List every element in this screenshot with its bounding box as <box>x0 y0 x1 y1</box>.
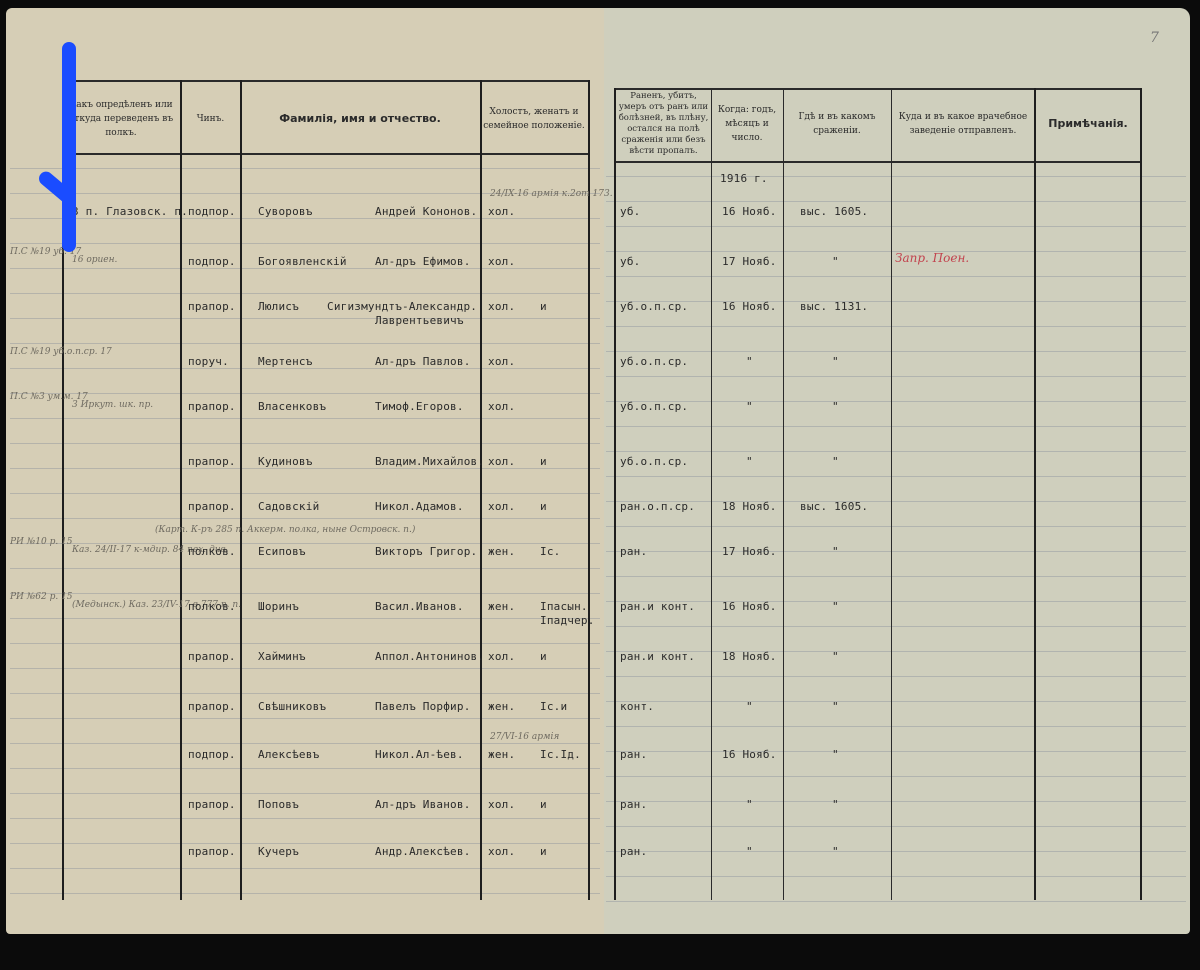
marital-status-cell: жен. <box>488 545 515 558</box>
ruled-line <box>10 843 600 844</box>
page-number: 7 <box>1150 30 1159 46</box>
date-cell: " <box>746 400 753 413</box>
header-top-border <box>62 80 590 82</box>
handwritten-note: 24/IX-16 армiя к.2от 173. <box>490 189 613 199</box>
battle-cell: " <box>832 400 839 413</box>
given-name-cell: Никол.Адамов. <box>375 500 464 513</box>
date-cell: 17 Нояб. <box>722 255 777 268</box>
fate-cell: ран. <box>620 798 647 811</box>
fate-cell: уб. <box>620 255 640 268</box>
margin-note: РИ №10 р. 15 <box>10 537 73 547</box>
ruled-line <box>10 593 600 594</box>
ruled-line <box>10 518 600 519</box>
ruled-line <box>10 493 600 494</box>
fate-cell: ран. <box>620 845 647 858</box>
surname-cell: Мертенсъ <box>258 355 313 368</box>
family-cell-2: Iпадчер. <box>540 614 595 627</box>
surname-cell: Кудиновъ <box>258 455 313 468</box>
ruled-line <box>606 826 1186 827</box>
ruled-line <box>606 326 1186 327</box>
origin-cell: 16 ориен. <box>72 255 117 265</box>
surname-cell: Кучеръ <box>258 845 299 858</box>
column-divider <box>588 80 590 900</box>
ruled-line <box>606 226 1186 227</box>
year-label: 1916 г. <box>720 172 768 185</box>
family-cell: Iс.и <box>540 700 567 713</box>
ruled-line <box>10 868 600 869</box>
handwritten-note: 27/VI-16 армiя <box>490 732 559 742</box>
given-name-cell: Васил.Иванов. <box>375 600 464 613</box>
ruled-line <box>10 793 600 794</box>
family-cell: и <box>540 650 547 663</box>
header-remarks: Примѣчанія. <box>1036 88 1140 160</box>
rank-cell: поруч. <box>188 355 229 368</box>
header-where: Гдѣ и въ какомъ сраженіи. <box>784 88 890 160</box>
ruled-line <box>10 168 600 169</box>
column-divider <box>240 80 242 900</box>
battle-cell: выс. 1605. <box>800 205 868 218</box>
rank-cell: полков. <box>188 600 236 613</box>
rank-cell: подпор. <box>188 205 236 218</box>
battle-cell: " <box>832 700 839 713</box>
fate-cell: ран. <box>620 545 647 558</box>
marital-status-cell: хол. <box>488 455 515 468</box>
date-cell: " <box>746 355 753 368</box>
ruled-line <box>10 618 600 619</box>
header-bottom-border <box>614 161 1142 163</box>
marital-status-cell: хол. <box>488 400 515 413</box>
ruled-line <box>10 243 600 244</box>
ruled-line <box>606 576 1186 577</box>
ruled-line <box>10 568 600 569</box>
ruled-line <box>606 851 1186 852</box>
ruled-line <box>10 268 600 269</box>
ruled-line <box>606 201 1186 202</box>
given-name-cell: Павелъ Порфир. <box>375 700 471 713</box>
ruled-line <box>606 551 1186 552</box>
rank-cell: полков. <box>188 545 236 558</box>
marital-status-cell: хол. <box>488 355 515 368</box>
battle-cell: выс. 1605. <box>800 500 868 513</box>
given-name-cell: Ал-дръ Иванов. <box>375 798 471 811</box>
battle-cell: " <box>832 650 839 663</box>
marital-status-cell: хол. <box>488 205 515 218</box>
ruled-line <box>606 801 1186 802</box>
battle-cell: " <box>832 600 839 613</box>
column-divider <box>783 88 784 900</box>
given-name-cell: Ал-дръ Ефимов. <box>375 255 471 268</box>
surname-cell: Алексѣевъ <box>258 748 319 761</box>
rank-cell: прапор. <box>188 845 236 858</box>
ruled-line <box>606 751 1186 752</box>
date-cell: 17 Нояб. <box>722 545 777 558</box>
date-cell: 16 Нояб. <box>722 600 777 613</box>
date-cell: 18 Нояб. <box>722 500 777 513</box>
date-cell: " <box>746 700 753 713</box>
fate-cell: уб.о.п.ср. <box>620 300 688 313</box>
date-cell: " <box>746 845 753 858</box>
rank-cell: прапор. <box>188 650 236 663</box>
marital-status-cell: хол. <box>488 255 515 268</box>
given-name-cell: Владим.Михайлов. <box>375 455 484 468</box>
header-fate: Раненъ, убитъ, умеръ отъ ранъ или болѣзн… <box>616 88 711 160</box>
family-cell: и <box>540 798 547 811</box>
ruled-line <box>10 693 600 694</box>
ruled-line <box>10 418 600 419</box>
surname-cell: Суворовъ <box>258 205 313 218</box>
header-rank: Чинъ. <box>181 84 240 154</box>
ruled-line <box>10 668 600 669</box>
ruled-line <box>606 351 1186 352</box>
ruled-line <box>606 726 1186 727</box>
battle-cell: " <box>832 355 839 368</box>
surname-cell: Садовскiй <box>258 500 319 513</box>
header-marital-status: Холостъ, женатъ и семейное положеніе. <box>481 84 587 154</box>
ruled-line <box>10 543 600 544</box>
ruled-line <box>606 451 1186 452</box>
surname-cell: Власенковъ <box>258 400 326 413</box>
battle-cell: " <box>832 545 839 558</box>
margin-note: П.С №19 уб.о.п.ср. 17 <box>10 347 112 357</box>
ruled-line <box>606 301 1186 302</box>
battle-cell: " <box>832 798 839 811</box>
fate-cell: уб. <box>620 205 640 218</box>
fate-cell: конт. <box>620 700 654 713</box>
given-name-cell: Андр.Алексѣев. <box>375 845 471 858</box>
ruled-line <box>606 376 1186 377</box>
ruled-line <box>606 476 1186 477</box>
surname-cell: Богоявленскiй <box>258 255 347 268</box>
family-cell: и <box>540 455 547 468</box>
column-divider <box>711 88 712 900</box>
marital-status-cell: жен. <box>488 600 515 613</box>
rank-cell: прапор. <box>188 400 236 413</box>
fate-cell: уб.о.п.ср. <box>620 355 688 368</box>
ruled-line <box>606 626 1186 627</box>
fate-cell: уб.о.п.ср. <box>620 455 688 468</box>
header-full-name: Фамилія, имя и отчество. <box>241 84 479 154</box>
ruled-line <box>606 176 1186 177</box>
ruled-line <box>10 768 600 769</box>
ruled-line <box>10 218 600 219</box>
ruled-line <box>606 426 1186 427</box>
ruled-line <box>606 276 1186 277</box>
battle-cell: " <box>832 255 839 268</box>
date-cell: 16 Нояб. <box>722 205 777 218</box>
ruled-line <box>606 776 1186 777</box>
rank-cell: прапор. <box>188 500 236 513</box>
battle-cell: " <box>832 845 839 858</box>
header-when: Когда: годъ, мѣсяцъ и число. <box>712 88 782 160</box>
ruled-line <box>10 643 600 644</box>
fate-cell: ран.о.п.ср. <box>620 500 695 513</box>
given-name-cell: Тимоф.Егоров. <box>375 400 464 413</box>
date-cell: 16 Нояб. <box>722 300 777 313</box>
marital-status-cell: жен. <box>488 748 515 761</box>
family-cell: Iс.Iд. <box>540 748 581 761</box>
marital-status-cell: хол. <box>488 798 515 811</box>
family-cell: и <box>540 500 547 513</box>
column-divider <box>1034 88 1036 900</box>
rank-cell: прапор. <box>188 798 236 811</box>
ruled-line <box>10 893 600 894</box>
rank-cell: подпор. <box>188 748 236 761</box>
rank-cell: подпор. <box>188 255 236 268</box>
battle-cell: " <box>832 748 839 761</box>
date-cell: 18 Нояб. <box>722 650 777 663</box>
marital-status-cell: жен. <box>488 700 515 713</box>
rank-cell: прапор. <box>188 300 236 313</box>
sent-to-cell: Запр. Поен. <box>895 251 969 265</box>
surname-cell: Люлисъ <box>258 300 299 313</box>
origin-cell: 3 п. Глазовск. п. <box>72 205 188 218</box>
fate-cell: ран.и конт. <box>620 600 695 613</box>
ruled-line <box>606 676 1186 677</box>
given-name-cell: Аппол.Антонинов. <box>375 650 484 663</box>
date-cell: 16 Нояб. <box>722 748 777 761</box>
family-cell: Iпасын. <box>540 600 588 613</box>
column-divider <box>1140 88 1142 900</box>
column-divider <box>891 88 892 900</box>
marital-status-cell: хол. <box>488 650 515 663</box>
ruled-line <box>606 401 1186 402</box>
ruled-line <box>10 718 600 719</box>
surname-cell: Поповъ <box>258 798 299 811</box>
blue-marker-stroke <box>62 42 76 252</box>
ruled-line <box>10 293 600 294</box>
ruled-line <box>606 901 1186 902</box>
family-cell: и <box>540 845 547 858</box>
surname-cell: Шоринъ <box>258 600 299 613</box>
given-name-cell: Сигизмундтъ-Александр. <box>327 300 477 313</box>
marital-status-cell: хол. <box>488 500 515 513</box>
given-name-cell: Ал-дръ Павлов. <box>375 355 471 368</box>
header-origin: Какъ опредѣленъ или откуда переведенъ въ… <box>62 84 180 154</box>
column-divider <box>180 80 182 900</box>
given-name-cell: Андрей Кононов. <box>375 205 477 218</box>
battle-cell: выс. 1131. <box>800 300 868 313</box>
fate-cell: ран. <box>620 748 647 761</box>
column-divider <box>614 88 616 900</box>
given-name-cell: Никол.Ал-ѣев. <box>375 748 464 761</box>
surname-cell: Хайминъ <box>258 650 306 663</box>
ruled-line <box>606 701 1186 702</box>
handwritten-note: (Карт. К-ръ 285 п. Аккерм. полка, ныне О… <box>155 525 415 535</box>
surname-cell: Есиповъ <box>258 545 306 558</box>
ruled-line <box>10 343 600 344</box>
ruled-line <box>10 468 600 469</box>
ruled-line <box>606 876 1186 877</box>
marital-status-cell: хол. <box>488 300 515 313</box>
ruled-line <box>10 818 600 819</box>
battle-cell: " <box>832 455 839 468</box>
given-name-cell: Викторъ Григор. <box>375 545 477 558</box>
family-cell: и <box>540 300 547 313</box>
column-divider <box>480 80 482 900</box>
margin-note: РИ №62 р. 15 <box>10 592 73 602</box>
family-cell: Iс. <box>540 545 560 558</box>
patronymic-cell: Лаврентьевичъ <box>375 314 464 327</box>
ruled-line <box>10 393 600 394</box>
surname-cell: Свѣшниковъ <box>258 700 326 713</box>
date-cell: " <box>746 798 753 811</box>
ruled-line <box>606 526 1186 527</box>
fate-cell: уб.о.п.ср. <box>620 400 688 413</box>
ruled-line <box>10 443 600 444</box>
rank-cell: прапор. <box>188 700 236 713</box>
rank-cell: прапор. <box>188 455 236 468</box>
marital-status-cell: хол. <box>488 845 515 858</box>
ruled-line <box>10 368 600 369</box>
header-sent-to: Куда и въ какое врачебное заведеніе отпр… <box>892 88 1034 160</box>
fate-cell: ран.и конт. <box>620 650 695 663</box>
ruled-line <box>10 743 600 744</box>
date-cell: " <box>746 455 753 468</box>
ruled-line <box>10 318 600 319</box>
origin-cell: 3 Иркут. шк. пр. <box>72 400 153 410</box>
